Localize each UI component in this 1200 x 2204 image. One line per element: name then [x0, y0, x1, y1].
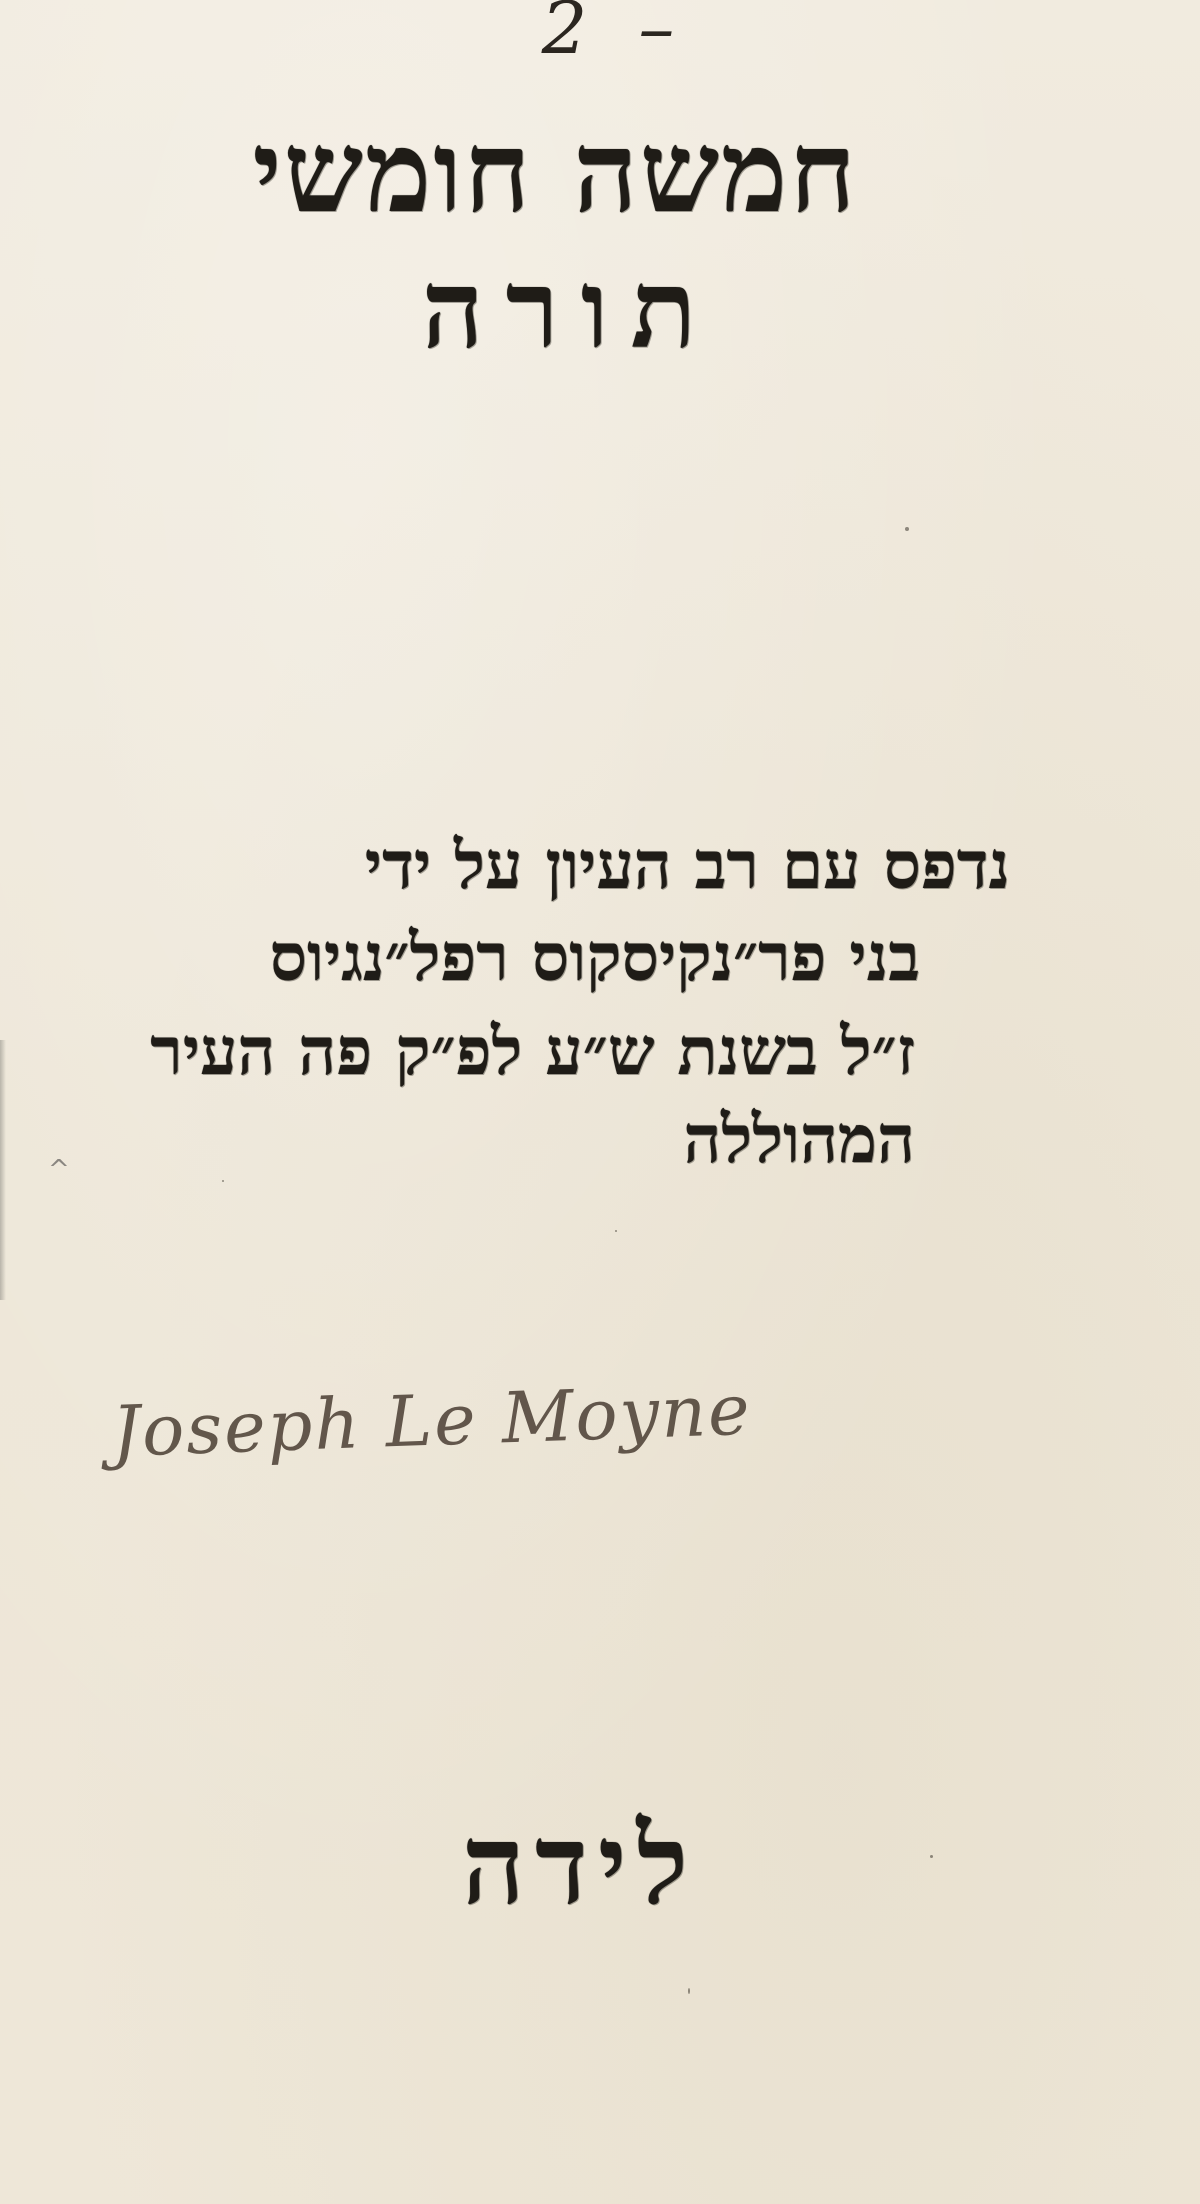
paper-speck: [930, 1855, 933, 1858]
imprint-line-4: המהוללה: [140, 1089, 1010, 1189]
place-of-printing: לידה: [385, 1790, 775, 1940]
title-page: 2 – חמשה חומשי תורה נדפס עם רב העיון על …: [0, 0, 1200, 2204]
imprint-line-3: ז״ל בשנת ש״ע לפ״ק פה העיר: [140, 1001, 1010, 1101]
paper-speck: [905, 527, 909, 531]
owner-signature: Joseph Le Moyne: [110, 1349, 774, 1492]
paper-speck: [688, 1988, 690, 1994]
title-line-2: תורה: [370, 250, 770, 370]
handwritten-folio-mark: 2 –: [505, 0, 725, 68]
pencil-margin-mark: ^: [48, 1155, 70, 1185]
paper-speck: [222, 1180, 224, 1182]
imprint-line-1: נדפס עם רב העיון על ידי: [140, 815, 1010, 915]
paper-speck: [615, 1230, 617, 1232]
scan-edge-shadow: [0, 1040, 6, 1300]
imprint-statement: נדפס עם רב העיון על ידי בני פר״נקיסקוס ר…: [140, 815, 1010, 1189]
title-line-1: חמשה חומשי: [170, 108, 940, 238]
imprint-line-2: בני פר״נקיסקוס רפל״נגיוס: [140, 907, 1010, 1007]
